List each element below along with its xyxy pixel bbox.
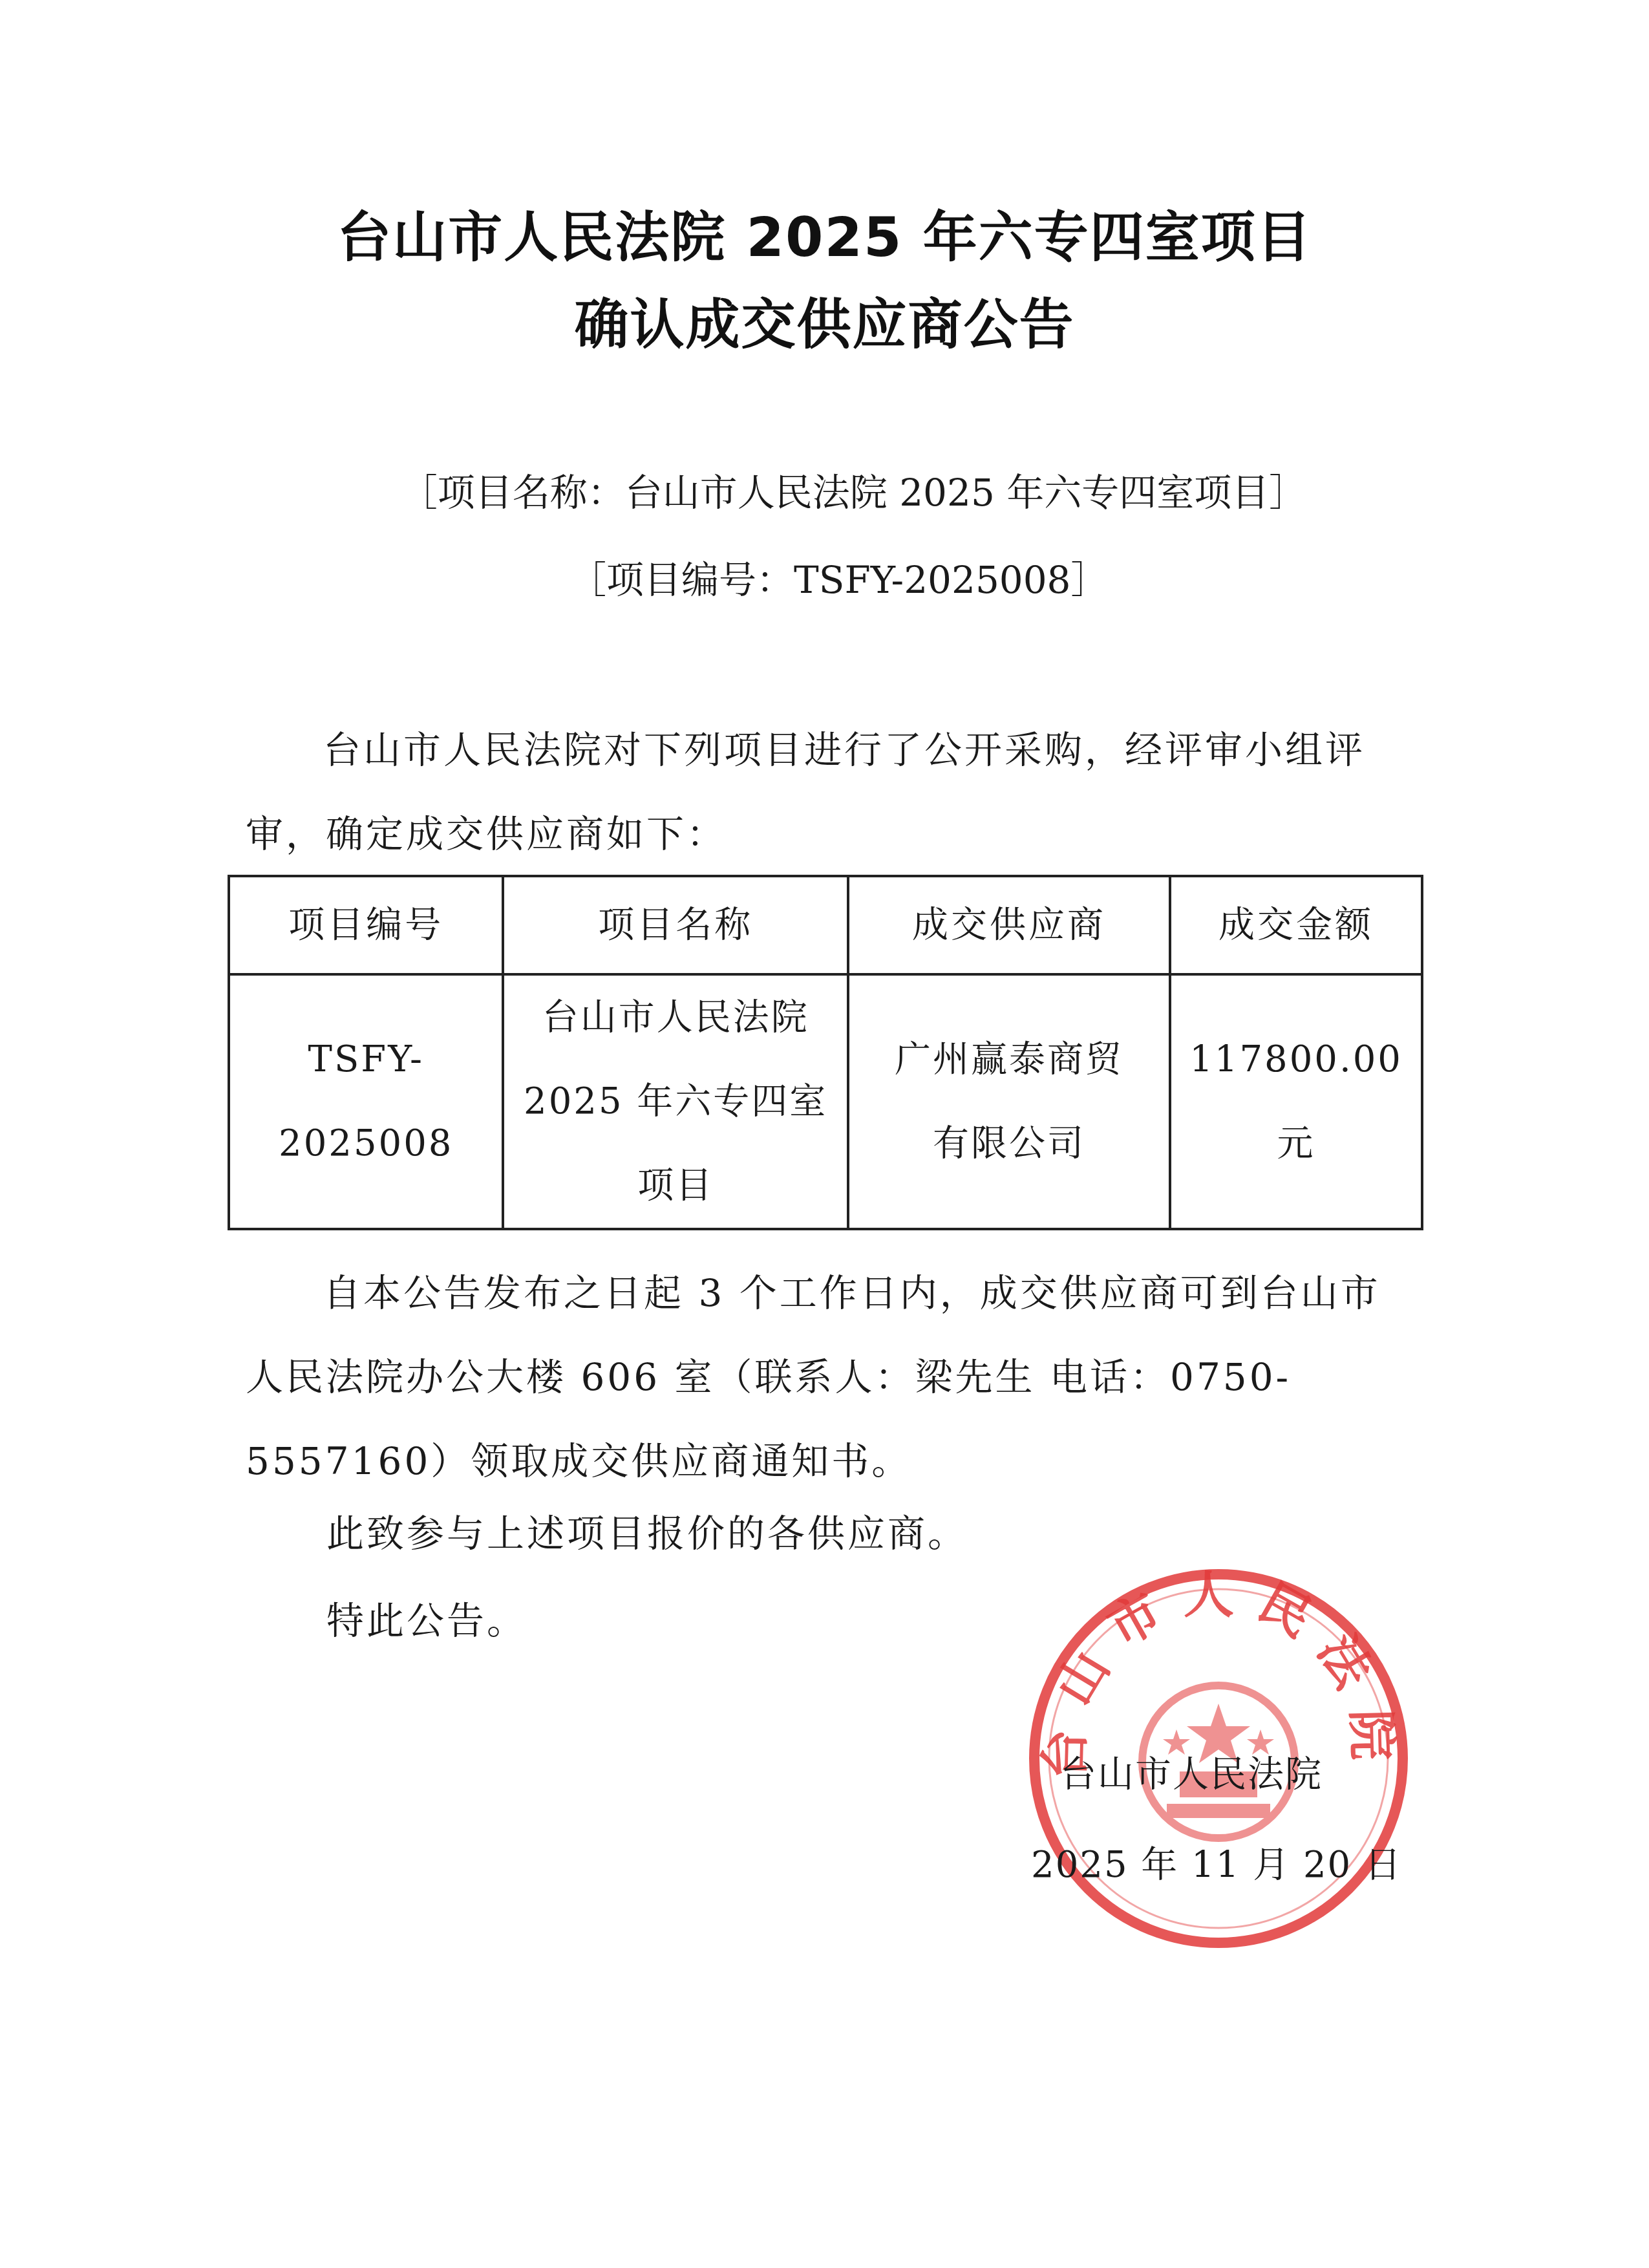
intro-text: 台山市人民法院对下列项目进行了公开采购，经评审小组评审，确定成交供应商如下： — [246, 728, 1365, 856]
project-name-line-2: 2025 年六专四室 — [513, 1060, 837, 1144]
award-table: 项目编号 项目名称 成交供应商 成交金额 TSFY-2025008 台山市人民法… — [228, 875, 1423, 1230]
header-project-number: 项目编号 — [229, 876, 503, 974]
closing-line-2: 特此公告。 — [326, 1590, 527, 1645]
cell-amount: 117800.00 元 — [1170, 974, 1422, 1229]
project-name-line: ［项目名称：台山市人民法院 2025 年六专四室项目］ — [349, 462, 1357, 517]
header-supplier: 成交供应商 — [848, 876, 1170, 974]
supplier-line-1: 广州赢泰商贸 — [858, 1018, 1160, 1102]
project-name-line-1: 台山市人民法院 — [513, 976, 837, 1060]
document-title-line1: 台山市人民法院 2025 年六专四室项目 — [0, 194, 1649, 272]
announcement-page: 台山市人民法院 2025 年六专四室项目 确认成交供应商公告 ［项目名称：台山市… — [0, 0, 1649, 2268]
project-name-line-3: 项目 — [513, 1144, 837, 1228]
amount-line-1: 117800.00 — [1180, 1018, 1412, 1102]
header-amount: 成交金额 — [1170, 876, 1422, 974]
cell-supplier: 广州赢泰商贸 有限公司 — [848, 974, 1170, 1229]
signature-organization: 台山市人民法院 — [1060, 1746, 1323, 1797]
notice-paragraph: 自本公告发布之日起 3 个工作日内，成交供应商可到台山市人民法院办公大楼 606… — [246, 1251, 1396, 1503]
supplier-line-2: 有限公司 — [858, 1102, 1160, 1186]
header-project-name: 项目名称 — [503, 876, 847, 974]
signature-date: 2025 年 11 月 20 日 — [1031, 1836, 1402, 1888]
table-header-row: 项目编号 项目名称 成交供应商 成交金额 — [229, 876, 1422, 974]
project-number-line: ［项目编号：TSFY-2025008］ — [569, 550, 1099, 604]
notice-text: 自本公告发布之日起 3 个工作日内，成交供应商可到台山市人民法院办公大楼 606… — [246, 1271, 1381, 1483]
amount-line-2: 元 — [1180, 1102, 1412, 1186]
table-row: TSFY-2025008 台山市人民法院 2025 年六专四室 项目 广州赢泰商… — [229, 974, 1422, 1229]
document-title-line2: 确认成交供应商公告 — [0, 281, 1649, 359]
closing-line-1: 此致参与上述项目报价的各供应商。 — [326, 1503, 968, 1557]
cell-project-number: TSFY-2025008 — [229, 974, 503, 1229]
intro-paragraph: 台山市人民法院对下列项目进行了公开采购，经评审小组评审，确定成交供应商如下： — [246, 708, 1396, 876]
cell-project-name: 台山市人民法院 2025 年六专四室 项目 — [503, 974, 847, 1229]
